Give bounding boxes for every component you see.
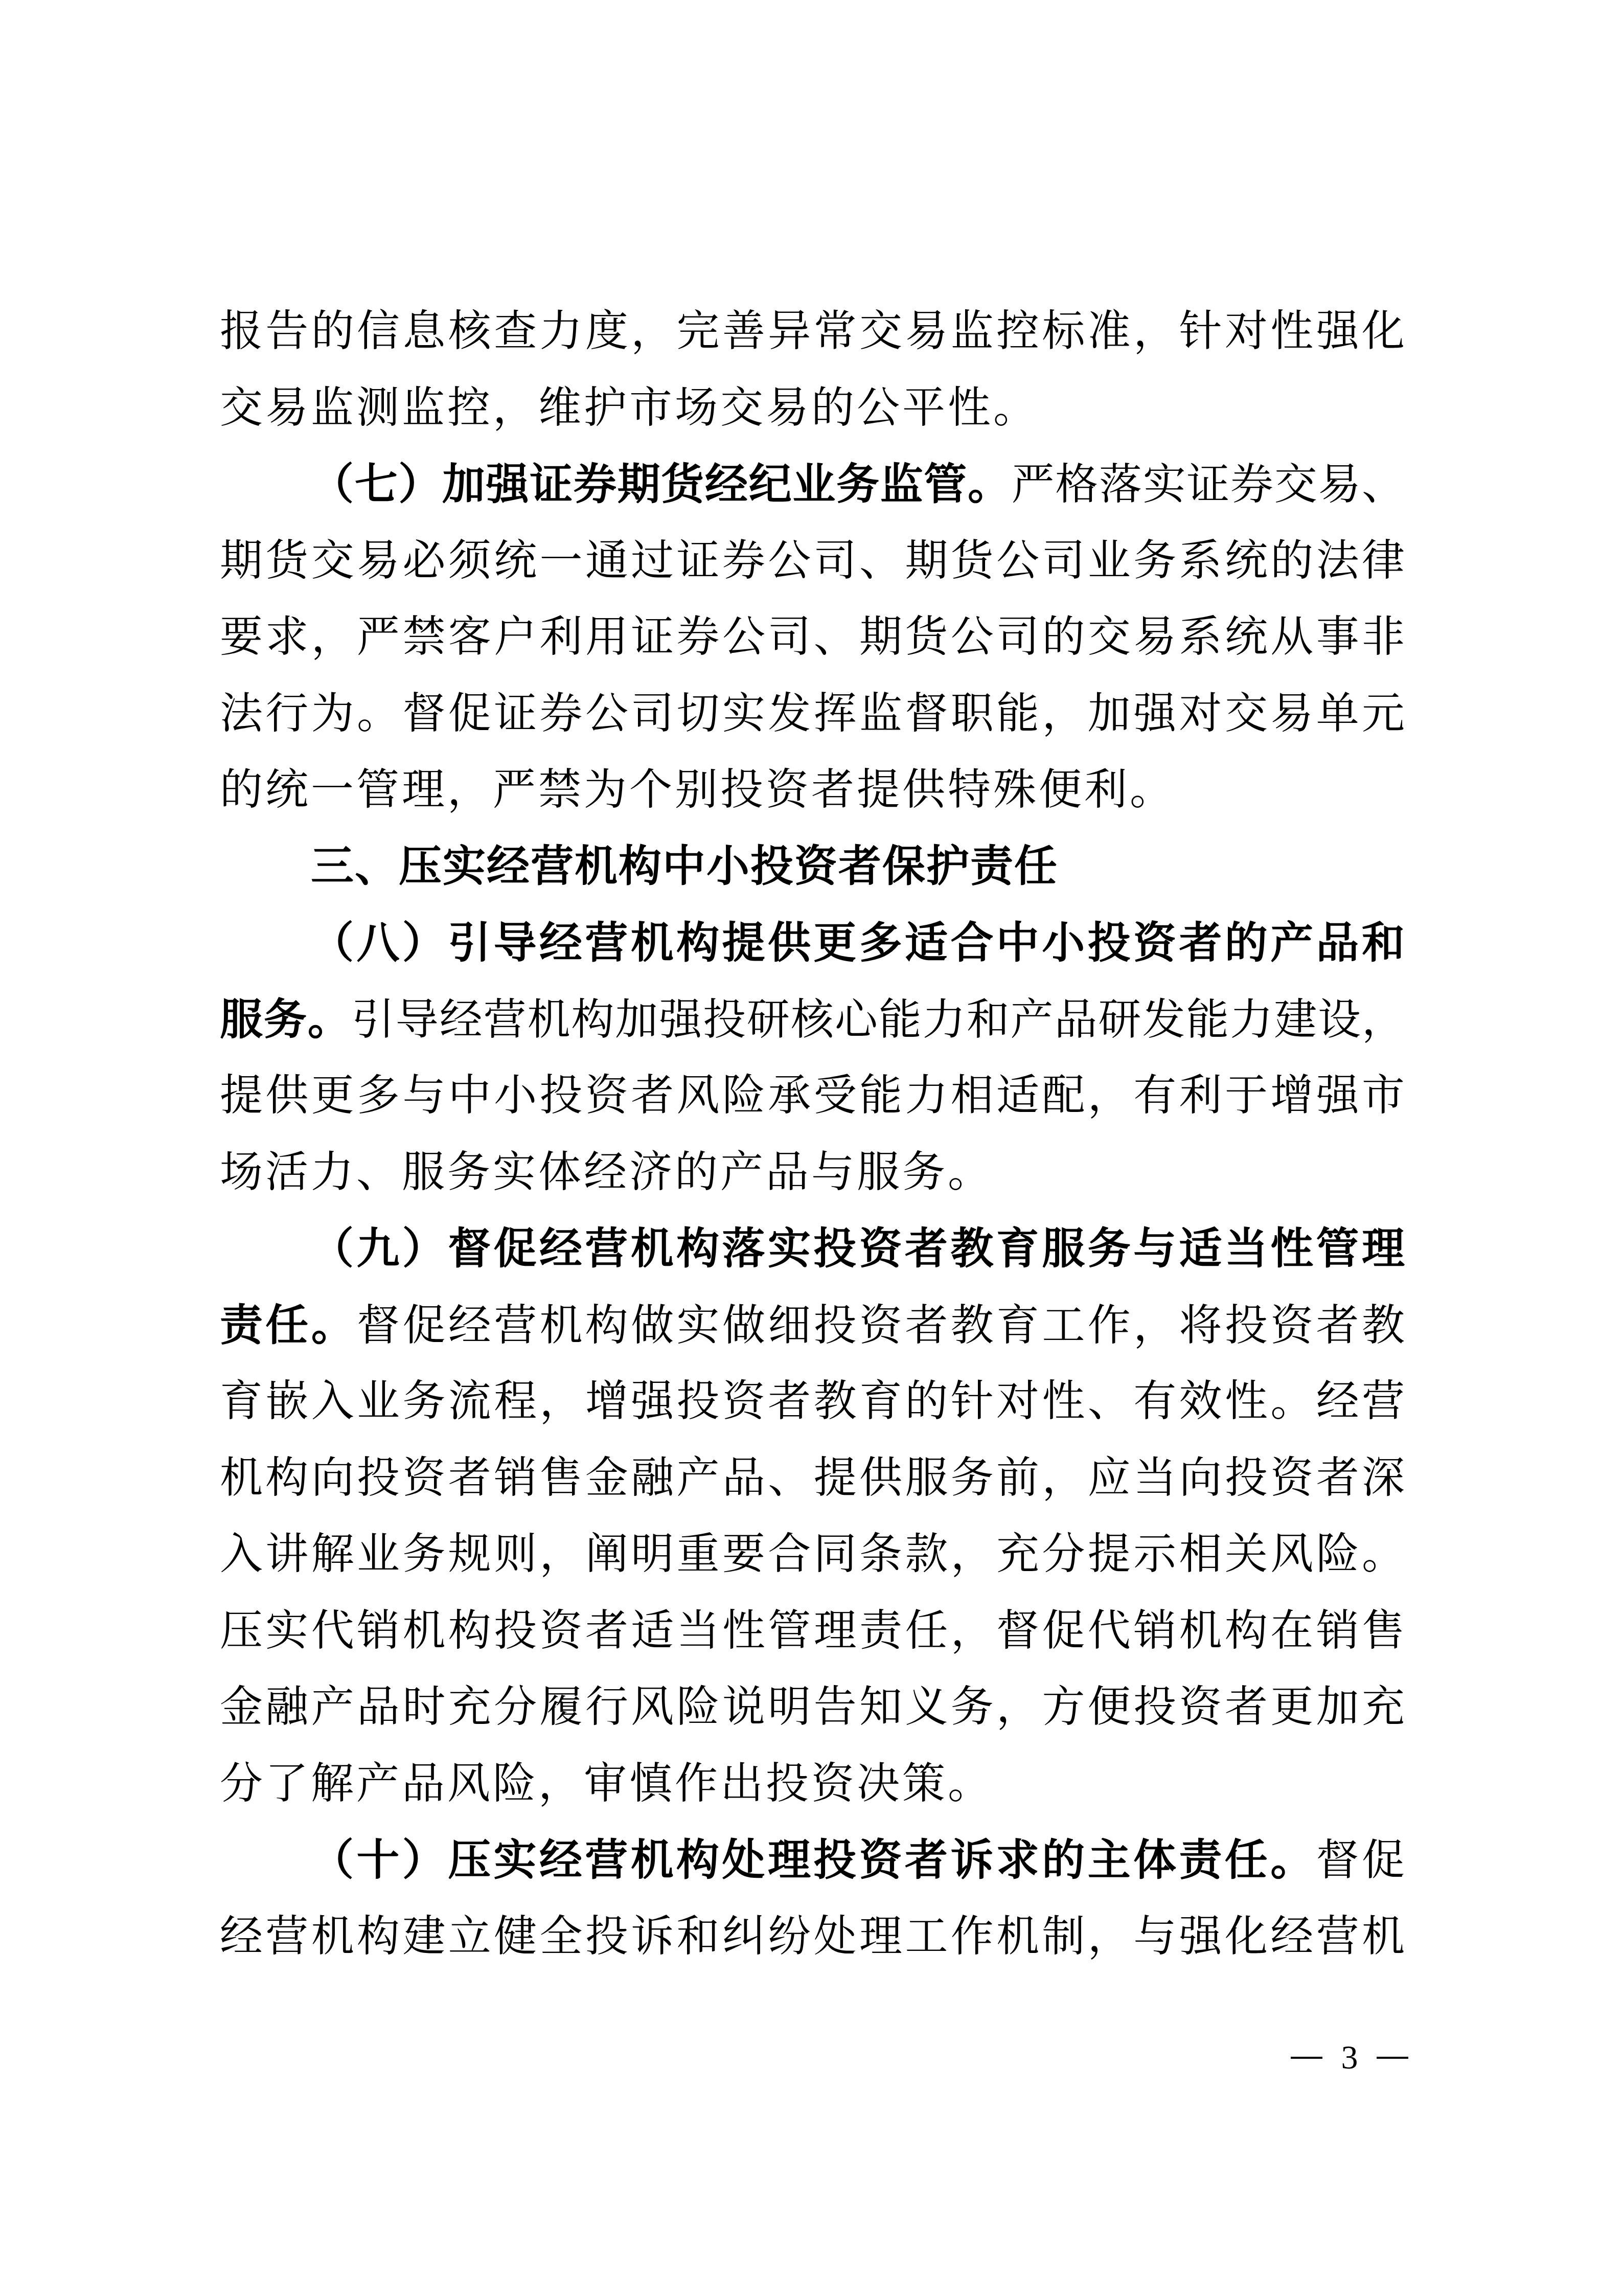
paragraph-text: 严格落实证券交易、 [1012, 459, 1405, 509]
paragraph-line: 压实代销机构投资者适当性管理责任，督促代销机构在销售 [220, 1593, 1405, 1669]
paragraph-text: 督促 [1316, 1835, 1405, 1885]
document-page: 报告的信息核查力度，完善异常交易监控标准，针对性强化 交易监测监控，维护市场交易… [0, 0, 1623, 2296]
document-body: 报告的信息核查力度，完善异常交易监控标准，针对性强化 交易监测监控，维护市场交易… [220, 293, 1405, 1974]
subsection-title-10: （十）压实经营机构处理投资者诉求的主体责任。 [311, 1834, 1316, 1885]
paragraph-text: 引导经营机构加强投研核心能力和产品研发能力建设， [352, 994, 1405, 1044]
subsection-7-first-line: （七）加强证券期货经纪业务监管。严格落实证券交易、 [220, 446, 1405, 522]
paragraph-line: 入讲解业务规则，阐明重要合同条款，充分提示相关风险。 [220, 1516, 1405, 1593]
paragraph-line: 要求，严禁客户利用证券公司、期货公司的交易系统从事非 [220, 599, 1405, 675]
page-number: 3 [1291, 2037, 1408, 2078]
paragraph-line: 育嵌入业务流程，增强投资者教育的针对性、有效性。经营 [220, 1363, 1405, 1440]
paragraph-line: 经营机构建立健全投诉和纠纷处理工作机制，与强化经营机 [220, 1898, 1405, 1975]
subsection-title-8-end: 服务。 [220, 994, 352, 1044]
subsection-8-first-line: （八）引导经营机构提供更多适合中小投资者的产品和 [220, 904, 1405, 981]
paragraph-line: 责任。督促经营机构做实做细投资者教育工作，将投资者教 [220, 1287, 1405, 1363]
dash-left [1291, 2057, 1322, 2059]
paragraph-line: 金融产品时充分履行风险说明告知义务，方便投资者更加充 [220, 1669, 1405, 1745]
paragraph-line: 的统一管理，严禁为个别投资者提供特殊便利。 [220, 752, 1405, 828]
paragraph-line: 分了解产品风险，审慎作出投资决策。 [220, 1745, 1405, 1822]
subsection-title-7: （七）加强证券期货经纪业务监管。 [311, 459, 1012, 509]
paragraph-line: 法行为。督促证券公司切实发挥监督职能，加强对交易单元 [220, 675, 1405, 752]
subsection-title-8: （八）引导经营机构提供更多适合中小投资者的产品和 [311, 917, 1405, 968]
paragraph-line: 报告的信息核查力度，完善异常交易监控标准，针对性强化 [220, 293, 1405, 370]
section-heading-3: 三、压实经营机构中小投资者保护责任 [220, 828, 1405, 905]
subsection-9-first-line: （九）督促经营机构落实投资者教育服务与适当性管理 [220, 1210, 1405, 1287]
paragraph-line: 期货交易必须统一通过证券公司、期货公司业务系统的法律 [220, 522, 1405, 599]
subsection-title-9-end: 责任。 [220, 1300, 357, 1350]
paragraph-line: 服务。引导经营机构加强投研核心能力和产品研发能力建设， [220, 981, 1405, 1058]
page-number-value: 3 [1341, 2038, 1358, 2077]
paragraph-line: 机构向投资者销售金融产品、提供服务前，应当向投资者深 [220, 1440, 1405, 1516]
dash-right [1377, 2057, 1408, 2059]
paragraph-line: 提供更多与中小投资者风险承受能力相适配，有利于增强市 [220, 1057, 1405, 1134]
subsection-title-9: （九）督促经营机构落实投资者教育服务与适当性管理 [311, 1223, 1405, 1274]
subsection-10-first-line: （十）压实经营机构处理投资者诉求的主体责任。督促 [220, 1822, 1405, 1898]
paragraph-text: 督促经营机构做实做细投资者教育工作，将投资者教 [357, 1300, 1405, 1350]
paragraph-line: 场活力、服务实体经济的产品与服务。 [220, 1134, 1405, 1211]
paragraph-line: 交易监测监控，维护市场交易的公平性。 [220, 370, 1405, 446]
